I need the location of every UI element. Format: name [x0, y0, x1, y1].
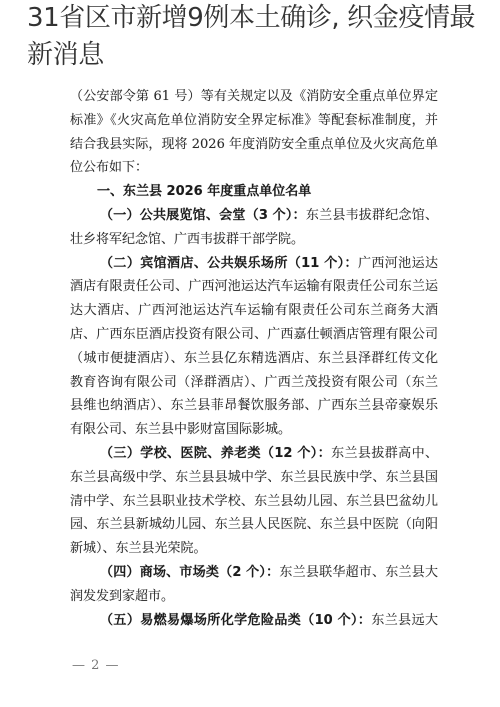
document-line: 达大酒店、广西河池运达汽车运输有限责任公司东兰商务大酒	[70, 299, 438, 323]
section-title: 一、东兰县 2026 年度重点单位名单	[97, 184, 311, 199]
category-heading-line: （三）学校、医院、养老类（12 个）：东兰县拔群高中、	[70, 442, 438, 466]
section-title-line: 一、东兰县 2026 年度重点单位名单	[70, 180, 438, 204]
document-line: 结合我县实际，现将 2026 年度消防安全重点单位及火灾高危单	[70, 133, 438, 157]
category-heading-line: （二）宾馆酒店、公共娱乐场所（11 个）：广西河池运达	[70, 252, 438, 276]
category-heading-line: （一）公共展览馆、会堂（3 个）：东兰县韦拔群纪念馆、	[70, 204, 438, 228]
category-heading: （一）公共展览馆、会堂（3 个）：	[100, 208, 306, 223]
line-text: 东兰县韦拔群纪念馆、	[306, 208, 438, 223]
line-text: 东兰县拔群高中、	[331, 446, 438, 461]
document-line: 清中学、东兰县职业技术学校、东兰县幼儿园、东兰县巴盆幼儿	[70, 490, 438, 514]
line-text: 广西河池运达	[358, 256, 438, 271]
page-number: — 2 —	[72, 655, 120, 677]
category-heading: （三）学校、医院、养老类（12 个）：	[100, 446, 331, 461]
category-heading: （五）易燃易爆场所化学危险品类（10 个）：	[100, 613, 371, 628]
line-text: 有限公司、东兰县中影财富国际影城。	[70, 422, 291, 437]
line-text: 壮乡将军纪念馆、广西韦拔群干部学院。	[70, 232, 304, 247]
article-title: 31省区市新增9例本土确诊, 织金疫情最新消息	[27, 0, 500, 74]
category-heading: （四）商场、市场类（2 个）：	[100, 565, 279, 580]
line-text: 东兰县高级中学、东兰县县城中学、东兰县民族中学、东兰县国	[70, 470, 438, 485]
category-heading-line: （五）易燃易爆场所化学危险品类（10 个）：东兰县远大	[70, 609, 438, 633]
document-line: 壮乡将军纪念馆、广西韦拔群干部学院。	[70, 228, 438, 252]
line-text: 酒店有限责任公司、广西河池运达汽车运输有限责任公司东兰运	[70, 279, 438, 294]
document-line: 酒店有限责任公司、广西河池运达汽车运输有限责任公司东兰运	[70, 275, 438, 299]
line-text: 结合我县实际，现将 2026 年度消防安全重点单位及火灾高危单	[70, 137, 438, 152]
category-heading: （二）宾馆酒店、公共娱乐场所（11 个）：	[100, 256, 358, 271]
line-text: 园、东兰县新城幼儿园、东兰县人民医院、东兰县中医院（向阳	[70, 517, 438, 532]
document-line: 位公布如下：	[70, 156, 438, 180]
line-text: 位公布如下：	[70, 160, 148, 175]
line-text: 东兰县联华超市、东兰县大	[279, 565, 438, 580]
line-text: 店、广西东臣酒店投资有限公司、广西嘉仕顿酒店管理有限公司	[70, 327, 438, 342]
document-line: 润发发到家超市。	[70, 585, 438, 609]
document-body: （公安部令第 61 号）等有关规定以及《消防安全重点单位界定 标准》《火灾高危单…	[70, 85, 438, 632]
line-text: （公安部令第 61 号）等有关规定以及《消防安全重点单位界定	[70, 89, 438, 104]
category-heading-line: （四）商场、市场类（2 个）：东兰县联华超市、东兰县大	[70, 561, 438, 585]
document-line: 标准》《火灾高危单位消防安全界定标准》等配套标准制度，并	[70, 109, 438, 133]
document-line: （城市便捷酒店）、东兰县亿东精选酒店、东兰县泽群红传文化	[70, 347, 438, 371]
article-page: 31省区市新增9例本土确诊, 织金疫情最新消息 （公安部令第 61 号）等有关规…	[0, 0, 500, 707]
line-text: （城市便捷酒店）、东兰县亿东精选酒店、东兰县泽群红传文化	[70, 351, 438, 366]
document-line: 新城）、东兰县光荣院。	[70, 537, 438, 561]
line-text: 教育咨询有限公司（泽群酒店）、广西兰茂投资有限公司（东兰	[70, 375, 438, 390]
document-line: 东兰县高级中学、东兰县县城中学、东兰县民族中学、东兰县国	[70, 466, 438, 490]
line-text: 东兰县远大	[371, 613, 438, 628]
document-line: 店、广西东臣酒店投资有限公司、广西嘉仕顿酒店管理有限公司	[70, 323, 438, 347]
document-line: 有限公司、东兰县中影财富国际影城。	[70, 418, 438, 442]
document-line: 园、东兰县新城幼儿园、东兰县人民医院、东兰县中医院（向阳	[70, 513, 438, 537]
line-text: 标准》《火灾高危单位消防安全界定标准》等配套标准制度，并	[70, 113, 438, 128]
line-text: 县维也纳酒店）、东兰县菲昂餐饮服务部、广西东兰县帝豪娱乐	[70, 398, 438, 413]
document-line: （公安部令第 61 号）等有关规定以及《消防安全重点单位界定	[70, 85, 438, 109]
document-line: 教育咨询有限公司（泽群酒店）、广西兰茂投资有限公司（东兰	[70, 371, 438, 395]
document-line: 县维也纳酒店）、东兰县菲昂餐饮服务部、广西东兰县帝豪娱乐	[70, 394, 438, 418]
line-text: 润发发到家超市。	[70, 589, 174, 604]
line-text: 达大酒店、广西河池运达汽车运输有限责任公司东兰商务大酒	[70, 303, 438, 318]
line-text: 清中学、东兰县职业技术学校、东兰县幼儿园、东兰县巴盆幼儿	[70, 494, 438, 509]
line-text: 新城）、东兰县光荣院。	[70, 541, 207, 556]
